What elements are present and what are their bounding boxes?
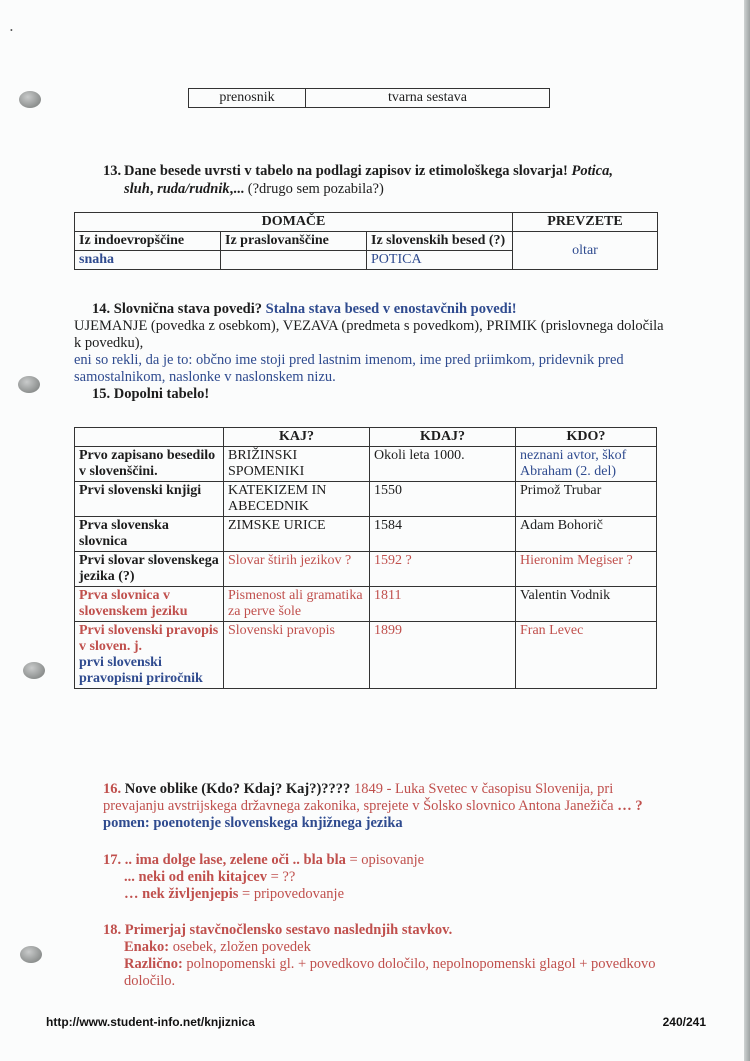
etymology-table: DOMAČE PREVZETE Iz indoevropščine Iz pra… bbox=[74, 212, 658, 270]
cell-kdaj: 1592 ? bbox=[370, 552, 516, 587]
question-17: 17. .. ima dolge lase, zelene oči .. bla… bbox=[103, 852, 673, 903]
history-table: KAJ? KDAJ? KDO? Prvo zapisano besedilo v… bbox=[74, 427, 657, 689]
cell-kdaj: 1550 bbox=[370, 482, 516, 517]
page-number: 240/241 bbox=[663, 1015, 706, 1029]
footer-url[interactable]: http://www.student-info.net/knjiznica bbox=[46, 1015, 255, 1029]
cell-kaj: Slovenski pravopis bbox=[224, 622, 370, 689]
cell-kdo: Valentin Vodnik bbox=[516, 587, 657, 622]
question-number: 14. bbox=[92, 301, 110, 317]
row-label: Prvo zapisano besedilo v slovenščini. bbox=[75, 447, 224, 482]
question-number: 17. bbox=[103, 852, 121, 868]
answer-text: Stalna stava besed v enostavčnih povedi! bbox=[266, 301, 517, 317]
cell-kdo: neznani avtor, škof Abraham (2. del) bbox=[516, 447, 657, 482]
question-text: Nove oblike (Kdo? Kdaj? Kaj?)???? bbox=[125, 781, 351, 797]
question-text: Slovnična stava povedi? bbox=[114, 301, 262, 317]
page-footer: http://www.student-info.net/knjiznica 24… bbox=[46, 1015, 706, 1029]
diff-text: polnopomenski gl. + povedkovo določilo, … bbox=[124, 956, 655, 989]
cell-kdaj: 1811 bbox=[370, 587, 516, 622]
row-label: Prvi slovar slovenskega jezika (?) bbox=[75, 552, 224, 587]
question-text: Dopolni tabelo! bbox=[114, 386, 209, 402]
page-edge-shadow bbox=[744, 0, 750, 1061]
question-number: 18. bbox=[103, 922, 121, 938]
punch-hole bbox=[20, 946, 42, 963]
note: (?drugo sem pozabila?) bbox=[248, 181, 384, 197]
cell-kaj: KATEKIZEM IN ABECEDNIK bbox=[224, 482, 370, 517]
question-text: Dane besede uvrsti v tabelo na podlagi z… bbox=[124, 163, 568, 179]
table-cell: snaha bbox=[75, 251, 221, 270]
cell-kdo: Fran Levec bbox=[516, 622, 657, 689]
example-word: Potica, bbox=[571, 163, 612, 179]
cell-kaj: Pismenost ali gramatika za perve šole bbox=[224, 587, 370, 622]
cell-kdaj: 1899 bbox=[370, 622, 516, 689]
cell-kdo: Primož Trubar bbox=[516, 482, 657, 517]
table-cell: tvarna sestava bbox=[306, 89, 550, 108]
question-number: 15. bbox=[92, 386, 110, 402]
row-label-main: Prvi slovenski pravopis v sloven. j. bbox=[79, 623, 219, 655]
punch-hole bbox=[18, 376, 40, 393]
top-table: prenosnik tvarna sestava bbox=[188, 88, 550, 108]
same-text: osebek, zložen povedek bbox=[173, 939, 311, 955]
subheader: Iz slovenskih besed (?) bbox=[367, 232, 513, 251]
cell-kaj: ZIMSKE URICE bbox=[224, 517, 370, 552]
answer-text: = opisovanje bbox=[349, 852, 424, 868]
table-row: Prvi slovenski knjigi KATEKIZEM IN ABECE… bbox=[75, 482, 657, 517]
cell-kaj: BRIŽINSKI SPOMENIKI bbox=[224, 447, 370, 482]
question-text: Primerjaj stavčnočlensko sestavo nasledn… bbox=[125, 922, 452, 938]
answer-line: eni so rekli, da je to: občno ime stoji … bbox=[74, 352, 674, 386]
answer-line: UJEMANJE (povedka z osebkom), VEZAVA (pr… bbox=[74, 318, 674, 352]
question-16: 16. Nove oblike (Kdo? Kdaj? Kaj?)???? 18… bbox=[103, 781, 673, 832]
question-13: 13.Dane besede uvrsti v tabelo na podlag… bbox=[103, 162, 663, 198]
header-kdaj: KDAJ? bbox=[370, 428, 516, 447]
answer-text: = ?? bbox=[271, 869, 296, 885]
punch-hole bbox=[19, 91, 41, 108]
header-domace: DOMAČE bbox=[75, 213, 513, 232]
row-label: Prva slovnica v slovenskem jeziku bbox=[75, 587, 224, 622]
answer-ellipsis: … ? bbox=[617, 798, 642, 814]
question-number: 13. bbox=[103, 162, 124, 180]
same-label: Enako: bbox=[124, 939, 169, 955]
table-cell: POTICA bbox=[367, 251, 513, 270]
subheader: Iz praslovanščine bbox=[221, 232, 367, 251]
row-label-extra: prvi slovenski pravopisni priročnik bbox=[79, 655, 219, 687]
meaning-text: pomen: poenotenje slovenskega knjižnega … bbox=[103, 815, 403, 831]
cell-kdaj: 1584 bbox=[370, 517, 516, 552]
scan-speck: • bbox=[10, 26, 13, 35]
table-row: Prvi slovenski pravopis v sloven. j. prv… bbox=[75, 622, 657, 689]
table-row: Prva slovnica v slovenskem jeziku Pismen… bbox=[75, 587, 657, 622]
header-empty bbox=[75, 428, 224, 447]
table-row: Prvo zapisano besedilo v slovenščini. BR… bbox=[75, 447, 657, 482]
punctuation: , bbox=[150, 181, 154, 197]
prevzete-value: oltar bbox=[513, 232, 658, 270]
punch-hole bbox=[23, 662, 45, 679]
table-row: Prvi slovar slovenskega jezika (?) Slova… bbox=[75, 552, 657, 587]
punctuation: ,... bbox=[230, 181, 245, 197]
answer-text: = pripovedovanje bbox=[242, 886, 344, 902]
row-label: Prvi slovenski pravopis v sloven. j. prv… bbox=[75, 622, 224, 689]
example-text: .. ima dolge lase, zelene oči .. bla bla bbox=[125, 852, 346, 868]
table-cell bbox=[221, 251, 367, 270]
table-row: Prva slovenska slovnica ZIMSKE URICE 158… bbox=[75, 517, 657, 552]
cell-kaj: Slovar štirih jezikov ? bbox=[224, 552, 370, 587]
header-prevzete: PREVZETE bbox=[513, 213, 658, 232]
cell-kdaj: Okoli leta 1000. bbox=[370, 447, 516, 482]
table-cell: prenosnik bbox=[189, 89, 306, 108]
row-label: Prvi slovenski knjigi bbox=[75, 482, 224, 517]
example-word: sluh bbox=[124, 181, 150, 197]
example-text: ... neki od enih kitajcev bbox=[124, 869, 267, 885]
header-kdo: KDO? bbox=[516, 428, 657, 447]
question-number: 16. bbox=[103, 781, 121, 797]
question-14: 14. Slovnična stava povedi? Stalna stava… bbox=[74, 301, 674, 403]
example-text: … nek življenjepis bbox=[124, 886, 238, 902]
row-label: Prva slovenska slovnica bbox=[75, 517, 224, 552]
question-18: 18. Primerjaj stavčnočlensko sestavo nas… bbox=[103, 922, 673, 990]
cell-kdo: Hieronim Megiser ? bbox=[516, 552, 657, 587]
cell-kdo: Adam Bohorič bbox=[516, 517, 657, 552]
diff-label: Različno: bbox=[124, 956, 183, 972]
header-kaj: KAJ? bbox=[224, 428, 370, 447]
example-word: ruda/rudnik bbox=[157, 181, 230, 197]
subheader: Iz indoevropščine bbox=[75, 232, 221, 251]
